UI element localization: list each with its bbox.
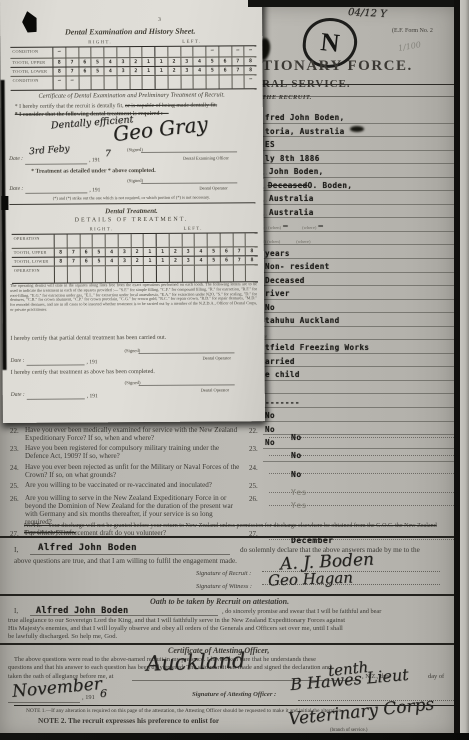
chart-cell (92, 266, 105, 282)
chart-cell: 3 (180, 58, 193, 66)
strike-instruction: (*) and (*) strike out the one which is … (31, 194, 231, 200)
chart-cell: 5 (91, 58, 104, 66)
examining-officer-label: Dental Examining Officer (183, 155, 229, 160)
row-label: Operation (12, 235, 54, 248)
question-answer-line: No (269, 427, 458, 438)
chart-cell: — (205, 46, 218, 56)
chart-cell: 1 (143, 248, 156, 256)
chart-cell (78, 76, 91, 89)
signature-of-witness-label: Signature of Witness : (196, 583, 252, 590)
row-cells: 8765432112345678 (52, 57, 256, 66)
chart-cell: 2 (168, 248, 181, 256)
oath-name-line (30, 615, 218, 616)
chart-cell: 4 (193, 67, 206, 75)
question-number-right: 25. (245, 482, 269, 493)
chart-cell (167, 76, 180, 89)
chart-cell: 2 (167, 67, 180, 75)
chart-cell: 6 (218, 57, 231, 65)
question-number-right: 23. (245, 445, 269, 461)
row-cells: ——— (53, 75, 257, 89)
exam-right-label: RIGHT. (88, 39, 112, 44)
answer-row: No (263, 300, 457, 314)
answer-row: r : John Boden, (263, 164, 457, 178)
answer-row: ------- (263, 394, 457, 408)
chart-cell (194, 266, 207, 282)
treat-right-label: RIGHT. (90, 226, 114, 231)
chart-cell: 3 (116, 58, 129, 66)
answer-text: Deceased (265, 276, 305, 285)
chart-cell: 5 (207, 256, 220, 264)
oath-i: I, (14, 607, 18, 615)
chart-cell (92, 234, 105, 247)
chart-cell (155, 76, 168, 89)
chart-cell: — (231, 46, 244, 56)
chart-cell (206, 75, 219, 88)
chart-cell: 2 (167, 58, 180, 66)
signature-line-4 (139, 384, 235, 386)
answer-prefix: r : (when) (263, 225, 281, 230)
answer-text: No (265, 303, 275, 312)
date-label-3: Date : (10, 358, 24, 364)
chart-cell (219, 233, 232, 246)
chart-cell: 6 (79, 257, 92, 265)
exam-row-tooth-upper: Tooth, Upper 8765432112345678 (10, 56, 256, 67)
declaration-i: I, (14, 545, 18, 554)
year-blank-3: , 191 (87, 359, 98, 365)
question-number-right: 24. (245, 464, 269, 480)
chart-cell: 1 (154, 67, 167, 75)
question-answer-line: Yes (269, 495, 458, 506)
answer-row: r : Australia (263, 205, 457, 219)
chart-cell: 1 (156, 248, 169, 256)
row-label: Condition (11, 77, 53, 90)
chart-cell (218, 46, 231, 56)
chart-cell (143, 234, 156, 247)
typed-answers-column: fred John Boden, toria, Australia ES ly … (263, 110, 457, 462)
handwritten-year: 6 (100, 687, 107, 700)
chart-cell: 5 (92, 248, 105, 256)
chart-cell: — (53, 48, 65, 58)
oath-heading: Oath to be taken by Recruit on attestati… (150, 597, 289, 606)
chart-cell: 5 (205, 66, 218, 74)
completed-treatment-cert-line: I hereby certify that treatment as above… (11, 369, 155, 376)
question-number: 27. (10, 530, 25, 541)
stamp-letter: N (319, 27, 341, 59)
handwritten-faint-number: 1/100 (397, 40, 421, 53)
chart-cell (220, 265, 233, 281)
question-row: 24. Have you ever been rejected as unfit… (10, 464, 458, 480)
chart-cell: 3 (181, 257, 194, 265)
chart-cell: 6 (220, 256, 233, 264)
dental-operator-label-3: Dental Operator (201, 387, 229, 392)
answer-bold: No (291, 433, 302, 442)
chart-cell (104, 76, 117, 89)
chart-cell: 4 (103, 58, 116, 66)
scanned-attestation-document: 04/12 Y (E.F. Form No. 2 1/100 N TIONARY… (0, 0, 469, 740)
chart-cell: 5 (92, 257, 105, 265)
signature-of-recruit-label: Signature of Recruit : (196, 570, 251, 577)
date-line-2 (25, 192, 87, 193)
row-cells (54, 233, 258, 247)
question-number: 26. (10, 495, 25, 527)
chart-cell: 8 (53, 59, 65, 67)
answer-prefix: r : (263, 212, 267, 217)
treat-row-tooth-upper: Tooth, Upper 8765432112345678 (12, 246, 258, 257)
details-of-treatment-title: DETAILS OF TREATMENT. (32, 216, 232, 223)
chart-cell: 7 (66, 248, 79, 256)
answer-text: Australia (269, 208, 314, 217)
question-number: 22. (10, 427, 25, 443)
chart-cell (55, 235, 67, 248)
chart-cell: 3 (181, 248, 194, 256)
chart-cell (193, 47, 206, 57)
handwritten-file-number: 04/12 Y (348, 7, 387, 20)
answer-prefix: r : (263, 171, 267, 176)
handwritten-year-1: 7 (105, 149, 111, 159)
answer-prefix-2: (where) (302, 225, 316, 230)
subtitle-underline (262, 84, 456, 85)
chart-cell (143, 266, 156, 282)
date-line-4 (27, 398, 85, 399)
row-cells: 8765432112345678 (52, 66, 256, 75)
question-number: 23. (10, 445, 25, 461)
chart-cell: 7 (65, 67, 78, 75)
fit-line-normal: * I hereby certify that the recruit is d… (15, 103, 125, 110)
chart-cell: 8 (55, 249, 67, 257)
treat-left-label: LEFT. (184, 226, 203, 231)
question-answer-line: No (269, 445, 458, 456)
answer-text: toria, Australia (265, 127, 345, 136)
signature-line-2 (141, 182, 237, 184)
exam-left-label: LEFT. (182, 39, 201, 44)
chart-cell (194, 234, 207, 247)
treatment-completed-line: * Treatment as detailed under * above co… (31, 168, 156, 175)
answer-text-2: — (318, 221, 323, 230)
chart-cell (129, 47, 142, 57)
chart-cell (130, 266, 143, 282)
chart-cell: 2 (169, 257, 182, 265)
chart-cell: 6 (79, 248, 92, 256)
question-row: 25. Are you willing to be vaccinated or … (10, 482, 458, 493)
date-label-4: Date : (11, 392, 25, 398)
answer-struck: Deceased (268, 181, 308, 190)
answer-row: e child (263, 367, 457, 381)
chart-cell: 3 (118, 257, 131, 265)
row-cells: 8765432112345678 (54, 256, 258, 265)
treat-row-tooth-lower: Tooth, Lower 8765432112345678 (12, 255, 258, 266)
chart-cell: — (244, 75, 257, 88)
exam-chart: Condition ———— Tooth, Upper 876543211234… (10, 45, 256, 91)
oath-name-typed: Alfred John Boden (36, 605, 129, 615)
date-line-1 (25, 163, 87, 164)
chart-cell (65, 47, 78, 57)
chart-cell: 4 (103, 67, 116, 75)
chart-cell: — (65, 76, 78, 89)
answer-text: arried (265, 357, 295, 366)
answer-row: tahuhu Auckland (263, 313, 457, 327)
chart-cell (167, 47, 180, 57)
scan-edge-top (248, 0, 469, 7)
dental-sheet-title: Dental Examination and History Sheet. (30, 26, 230, 36)
chart-cell (154, 47, 167, 57)
answer-row (263, 381, 457, 395)
chart-cell: 2 (130, 248, 143, 256)
answer-row: f) (when) (where) (263, 232, 457, 246)
chart-cell: 8 (245, 247, 258, 255)
answer-text: — (283, 221, 288, 230)
partial-treatment-cert-line: I hereby certify that partial dental tre… (10, 335, 166, 342)
answer-bold: No (291, 451, 302, 460)
chart-cell (207, 233, 220, 246)
rule-below-declaration (0, 594, 456, 596)
binding-mark (1, 196, 8, 210)
answer-row: No (263, 408, 457, 422)
answer-text: e child (265, 370, 300, 379)
declaration-name-line (30, 554, 230, 555)
question-text: Are you willing to be vaccinated or re-v… (25, 482, 245, 493)
chart-cell: 3 (117, 248, 130, 256)
chart-cell (116, 76, 129, 89)
chart-cell (91, 47, 104, 57)
chart-cell: 4 (193, 58, 206, 66)
chart-cell (103, 47, 116, 57)
answer-row: ly 8th 1886 (263, 151, 457, 165)
oath-line-2: true allegiance to our Sovereign Lord th… (8, 617, 345, 624)
chart-cell: 2 (129, 58, 142, 66)
chart-cell (169, 266, 182, 282)
answer-bold: No (291, 470, 302, 479)
chart-cell (118, 266, 131, 282)
chart-cell (245, 265, 258, 281)
answer-row: fred John Boden, (263, 110, 457, 124)
certificate-day-of: day of (428, 673, 444, 680)
answer-text: tahuhu Auckland (265, 316, 340, 325)
chart-cell: 8 (244, 57, 257, 65)
answer-text: No (265, 411, 275, 420)
answer-text: O. Boden, (308, 181, 353, 190)
chart-cell (232, 265, 245, 281)
dental-operator-label-1: Dental Operator (199, 185, 227, 190)
chart-cell: 8 (244, 66, 257, 74)
discharge-note: NOTE.—Your discharge will not be granted… (24, 523, 454, 537)
row-cells: 8765432112345678 (54, 247, 258, 256)
question-text: Have you been registered for compulsory … (25, 445, 245, 461)
answer-text: ly 8th 1886 (265, 154, 320, 163)
declaration-name-typed: Alfred John Boden (38, 543, 137, 553)
row-cells: ———— (52, 46, 256, 57)
answer-prefix: r: (263, 185, 266, 190)
signature-line-3 (138, 352, 234, 354)
month-line (8, 702, 80, 703)
question-row: 23. Have you been registered for compuls… (10, 445, 458, 461)
chart-cell (231, 75, 244, 88)
exam-row-condition-bottom: Condition ——— (11, 74, 257, 90)
handwritten-date-1: 3rd Feby (29, 144, 70, 157)
treatment-chart: Operation Tooth, Upper 8765432112345678 … (12, 232, 258, 284)
treat-row-operation-bottom: Operation (12, 264, 258, 283)
chart-cell: 7 (67, 257, 80, 265)
chart-cell (116, 47, 129, 57)
chart-cell (55, 267, 67, 283)
page-number: 3 (158, 17, 161, 23)
row-label: Tooth, Upper (12, 249, 54, 257)
chart-cell (105, 234, 118, 247)
handwritten-place: Auckland (146, 648, 246, 675)
chart-cell: 5 (207, 247, 220, 255)
chart-cell (156, 266, 169, 282)
chart-cell (180, 76, 193, 89)
oath-line-1: , do sincerely promise and swear that I … (222, 608, 381, 615)
dental-examination-page: 3 Dental Examination and History Sheet. … (0, 0, 265, 423)
chart-cell (207, 265, 220, 281)
chart-cell: 7 (232, 247, 245, 255)
section-divider (9, 202, 255, 205)
recruit-heading-underline (262, 96, 456, 97)
chart-cell (67, 266, 80, 282)
oath-line-4: be lawfully discharged. So help me, God. (8, 633, 117, 640)
question-text: Have you ever been rejected as unfit for… (25, 464, 245, 480)
chart-cell: 7 (231, 66, 244, 74)
answer-row: tfield Freezing Works (263, 340, 457, 354)
answer-faint: Yes (291, 501, 307, 510)
answer-row: arried (263, 354, 457, 368)
chart-cell: 7 (232, 256, 245, 264)
chart-cell: 4 (194, 257, 207, 265)
certificate-year-prefix: , 191 (82, 694, 95, 701)
fit-line-struck: or is capable of being made dentally fit… (125, 102, 217, 109)
answer-row: ES (263, 137, 457, 151)
chart-cell (180, 47, 193, 57)
declaration-text-2: above questions are true, and that I am … (14, 557, 237, 565)
row-label: Tooth, Upper (10, 59, 52, 67)
row-label: Operation (12, 267, 54, 283)
answer-row: r : Australia (263, 191, 457, 205)
ink-smudge-small (350, 126, 364, 132)
chart-cell: 5 (205, 57, 218, 65)
row-label: Condition (10, 48, 52, 58)
answer-text: ES (265, 140, 275, 149)
answer-row: Non- resident (263, 259, 457, 273)
chart-cell: 5 (91, 67, 104, 75)
answer-row: years (263, 245, 457, 259)
question-answer-line: Yes (269, 482, 458, 493)
answer-text: Non- resident (265, 262, 330, 271)
chart-cell: 4 (105, 257, 118, 265)
chart-cell: 4 (105, 248, 118, 256)
adjacent-page-edge (460, 0, 469, 740)
chart-cell: 6 (78, 58, 91, 66)
answer-text: John Boden, (269, 167, 324, 176)
date-label-1: Date : (9, 156, 23, 162)
chart-cell: 3 (180, 67, 193, 75)
chart-cell: 6 (78, 67, 91, 75)
dental-treatment-title: Dental Treatment. (31, 206, 231, 215)
chart-cell (79, 266, 92, 282)
row-label: Tooth, Lower (12, 258, 54, 266)
chart-cell: 7 (231, 57, 244, 65)
chart-cell: 2 (129, 67, 142, 75)
chart-cell: 8 (53, 68, 65, 76)
dentally-fit-line: * I hereby certify that the recruit is d… (15, 102, 217, 109)
answer-row: river (263, 286, 457, 300)
question-text: Have you ever been medically examined fo… (25, 427, 245, 443)
answer-prefix-2: (where) (296, 239, 310, 244)
chart-cell (78, 47, 91, 57)
answer-text: river (265, 289, 290, 298)
chart-cell: 1 (142, 58, 155, 66)
chart-cell: 1 (154, 58, 167, 66)
year-blank-1: , 191 (89, 157, 100, 163)
answer-text: ------- (265, 398, 300, 407)
answer-text: years (265, 249, 290, 258)
answer-row: Deceased (263, 273, 457, 287)
chart-cell: 4 (194, 248, 207, 256)
question-number: 25. (10, 482, 25, 493)
year-blank-2: , 191 (89, 187, 100, 193)
chart-cell (117, 234, 130, 247)
question-number-right: 22. (245, 427, 269, 443)
rule-above-certificate (0, 643, 456, 645)
scan-edge-bottom (0, 733, 469, 740)
answer-row: r: Deceased O. Boden, (263, 178, 457, 192)
answer-row: r : (when) — (where) — (263, 218, 457, 232)
question-number: 24. (10, 464, 25, 480)
question-answer-line: No (269, 464, 458, 475)
chart-cell: 1 (156, 257, 169, 265)
chart-cell (168, 234, 181, 247)
dental-operator-label-2: Dental Operator (202, 355, 230, 360)
treatment-abbreviations-fine-print: The operating dentist will state in the … (10, 282, 257, 312)
treat-row-operation-top: Operation (12, 233, 258, 248)
answer-text: Australia (269, 194, 314, 203)
answer-row: @ (263, 327, 457, 341)
chart-cell: 1 (143, 257, 156, 265)
chart-cell (245, 233, 258, 246)
chart-cell (105, 266, 118, 282)
chart-cell (218, 75, 231, 88)
chart-cell (79, 234, 92, 247)
answer-prefix: r : (263, 198, 267, 203)
dental-cert-heading: Certificate of Dental Examination and Pr… (21, 91, 243, 100)
date-label-2: Date : (9, 186, 23, 192)
exam-row-condition-top: Condition ———— (10, 46, 256, 58)
date-line-3 (27, 364, 85, 365)
chart-cell: — (54, 77, 66, 90)
chart-cell: — (244, 46, 257, 56)
chart-cell (129, 76, 142, 89)
chart-cell (91, 76, 104, 89)
answer-text: fred John Boden, (265, 113, 345, 122)
chart-cell: 8 (245, 256, 258, 264)
chart-cell: 2 (130, 257, 143, 265)
answer-prefix: f) (when) (263, 239, 280, 244)
chart-cell (181, 266, 194, 282)
chart-cell (232, 233, 245, 246)
chart-cell (181, 234, 194, 247)
year-blank-4: , 191 (87, 393, 98, 399)
chart-cell: 3 (116, 67, 129, 75)
chart-cell: 8 (55, 258, 67, 266)
chart-cell: 6 (218, 66, 231, 74)
chart-cell (142, 47, 155, 57)
question-row: 22. Have you ever been medically examine… (10, 427, 458, 443)
oath-line-3: His Majesty's enemies, and that I will l… (8, 625, 343, 632)
form-title-fragment: TIONARY FORCE. (262, 58, 413, 75)
binding-shadow (1, 80, 7, 370)
chart-cell: 1 (142, 67, 155, 75)
signature-line-1 (141, 151, 237, 153)
chart-cell: 7 (65, 58, 78, 66)
